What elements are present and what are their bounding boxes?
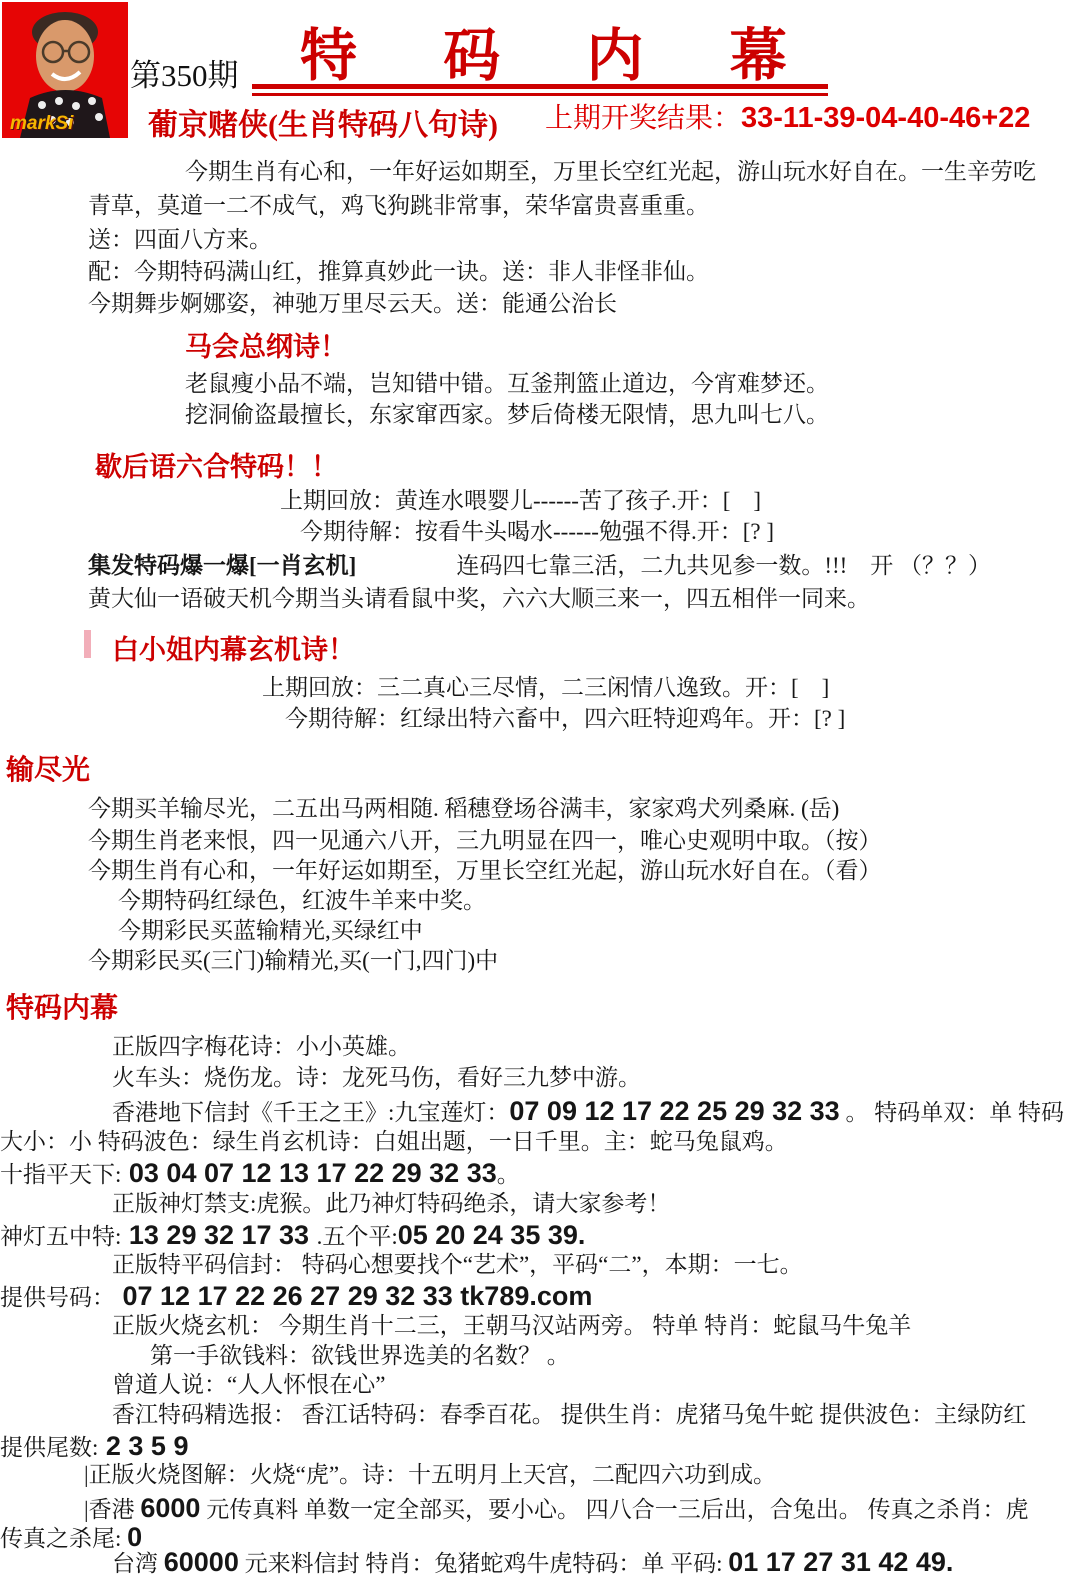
baixiaojie-last-line: 上期回放：三二真心三尽情，二三闲情八逸致。开：[ ]	[262, 674, 829, 703]
shujinguang-line-5: 今期彩民买蓝输精光,买绿红中	[118, 917, 423, 946]
shujinguang-line-1: 今期买羊输尽光，二五出马两相随. 稻穗登场谷满丰，家家鸡犬列桑麻. (岳)	[88, 795, 839, 824]
hongkong-fax-amount: 6000	[140, 1493, 200, 1523]
xiehouyu-current-line: 今期待解：按看牛头喝水------勉强不得.开：[? ]	[300, 518, 774, 547]
shendeng-wuzhongte-line: 神灯五中特: 13 29 32 17 33 .五个平:05 20 24 35 3…	[0, 1219, 585, 1253]
jifa-tema-label: 集发特码爆一爆[一肖玄机]	[88, 553, 356, 578]
shizhi-label: 十指平天下:	[0, 1162, 121, 1187]
shujinguang-line-4: 今期特码红绿色，红波牛羊来中奖。	[118, 887, 486, 916]
shendeng-jinzhi-line: 正版神灯禁支:虎猴。此乃神灯特码绝杀，请大家参考！	[112, 1190, 670, 1219]
tigong-haoma-label: 提供号码：	[0, 1285, 115, 1310]
meihua-poem-line: 正版四字梅花诗：小小英雄。	[112, 1033, 411, 1062]
taiwan-amount: 60000	[164, 1547, 239, 1575]
shujinguang-line-6: 今期彩民买(三门)输精光,买(一门,四门)中	[88, 947, 498, 976]
daxiao-bose-line: 大小：小 特码波色：绿生肖玄机诗：白姐出题，一日千里。主：蛇马兔鼠鸡。	[0, 1128, 788, 1157]
last-draw-result-value: 33-11-39-04-40-46+22	[741, 102, 1030, 134]
heading-mahui: 马会总纲诗！	[185, 325, 347, 364]
xiehouyu-last-line: 上期回放：黄连水喂婴儿------苦了孩子.开：[ ]	[280, 487, 761, 516]
tepingma-line: 正版特平码信封： 特码心想要找个“艺术”，平码“二”，本期：一七。	[112, 1251, 803, 1280]
mahui-line-1: 老鼠瘦小品不端，岂知错中错。互釜荆篮止道边，今宵难梦还。	[185, 370, 829, 399]
yuqian-line: 第一手欲钱料：欲钱世界选美的名数？ 。	[150, 1342, 570, 1371]
shendeng-mid: .五个平:	[317, 1224, 398, 1249]
huangdaxian-line: 黄大仙一语破天机今期当头请看鼠中奖，六六大顺三来一，四五相伴一同来。	[88, 585, 870, 614]
subtitle-pujing: 葡京赌侠(生肖特码八句诗)	[148, 100, 498, 144]
tigong-weishu-label: 提供尾数:	[0, 1435, 98, 1460]
shendeng-numbers: 13 29 32 17 33	[121, 1220, 316, 1250]
shendeng-ping-numbers: 05 20 24 35 39.	[398, 1220, 586, 1250]
shendeng-label: 神灯五中特:	[0, 1224, 121, 1249]
poem-line-4: 配：今期特码满山红，推算真妙此一诀。送：非人非怪非仙。	[88, 258, 709, 287]
title-underline-thick	[252, 84, 828, 89]
issue-number: 第350期	[130, 50, 239, 95]
poem-line-5: 今期舞步婀娜姿，神驰万里尽云天。送：能通公治长	[88, 290, 617, 319]
baixiaojie-current-line: 今期待解：红绿出特六畜中，四六旺特迎鸡年。开：[? ]	[285, 705, 845, 734]
shizhi-numbers: 03 04 07 12 13 17 22 29 32 33	[121, 1158, 496, 1188]
shujinguang-line-3: 今期生肖有心和，一年好运如期至，万里长空红光起，游山玩水好自在。（看）	[88, 857, 882, 886]
mahui-line-2: 挖洞偷盗最擅长，东家窜西家。梦后倚楼无限情，思九叫七八。	[185, 401, 829, 430]
tigong-haoma-line: 提供号码： 07 12 17 22 26 27 29 32 33 tk789.c…	[0, 1280, 592, 1314]
jifa-tema-text: 连码四七靠三活，二九共见参一数。!!! 开 （？？）	[456, 553, 991, 578]
zengdaoren-line: 曾道人说：“人人怀恨在心”	[112, 1371, 385, 1400]
heading-baixiaojie: 白小姐内幕玄机诗！	[112, 628, 355, 667]
huoshao-xuanji-line: 正版火烧玄机： 今期生肖十二三，王朝马汉站两旁。 特单 特肖：蛇鼠马牛兔羊	[112, 1312, 911, 1341]
taiwan-line: 台湾 60000 元来料信封 特肖：兔猪蛇鸡牛虎特码：单 平码: 01 17 2…	[112, 1546, 953, 1575]
pink-mark	[84, 630, 91, 658]
huochetou-line: 火车头：烧伤龙。诗：龙死马伤，看好三九梦中游。	[112, 1064, 641, 1093]
marksi-logo: markSi	[10, 113, 73, 135]
portrait-photo: markSi	[2, 2, 128, 138]
heading-shujinguang: 输尽光	[6, 748, 90, 788]
last-draw-result: 上期开奖结果：33-11-39-04-40-46+22	[545, 96, 1030, 136]
tigong-weishu-numbers: 2 3 5 9	[98, 1431, 188, 1461]
jifa-tema-line: 集发特码爆一爆[一肖玄机]连码四七靠三活，二九共见参一数。!!! 开 （？？）	[88, 552, 991, 581]
shizhi-line: 十指平天下: 03 04 07 12 13 17 22 29 32 33。	[0, 1157, 520, 1191]
shujinguang-line-2: 今期生肖老来恨，四一见通六八开，三九明显在四一，唯心史观明中取。（按）	[88, 827, 882, 856]
heading-tema-neimu: 特码内幕	[6, 986, 118, 1026]
tigong-haoma-numbers: 07 12 17 22 26 27 29 32 33 tk789.com	[115, 1281, 592, 1311]
poem-line-1: 今期生肖有心和，一年好运如期至，万里长空红光起，游山玩水好自在。一生辛劳吃	[185, 158, 1036, 187]
hongkong-fax-tail: 元传真料 单数一定全部买，要小心。 四八合一三后出，合兔出。 传真之杀肖：虎	[200, 1497, 1028, 1522]
hongkong-fax-line: |香港 6000 元传真料 单数一定全部买，要小心。 四八合一三后出，合兔出。 …	[84, 1492, 1028, 1526]
xiangjiang-line: 香江特码精选报： 香江话特码：春季百花。 提供生肖：虎猪马兔牛蛇 提供波色：主绿…	[112, 1401, 1026, 1430]
tigong-weishu-line: 提供尾数: 2 3 5 9	[0, 1430, 188, 1464]
taiwan-mid: 元来料信封 特肖：兔猪蛇鸡牛虎特码：单 平码:	[239, 1551, 728, 1575]
taiwan-pingma-numbers: 01 17 27 31 42 49.	[728, 1547, 953, 1575]
page-title: 特 码 内 幕	[300, 10, 787, 92]
huoshao-tujie-line: |正版火烧图解：火烧“虎”。诗：十五明月上天宫，二配四六功到成。	[84, 1461, 776, 1490]
xinfeng-label: 香港地下信封《千王之王》:九宝莲灯：	[112, 1100, 509, 1125]
xinfeng-numbers: 07 09 12 17 22 25 29 32 33	[509, 1096, 839, 1126]
heading-xiehouyu: 歇后语六合特码！！	[95, 445, 338, 484]
last-draw-result-label: 上期开奖结果：	[545, 103, 741, 134]
shizhi-tail: 。	[497, 1162, 520, 1187]
tema-neimu-page: markSi 第350期 特 码 内 幕 葡京赌侠(生肖特码八句诗) 上期开奖结…	[0, 0, 1068, 1575]
poem-line-2: 青草，莫道一二不成气，鸡飞狗跳非常事，荣华富贵喜重重。	[88, 192, 709, 221]
hongkong-fax-pre: |香港	[84, 1497, 140, 1522]
poem-line-3: 送：四面八方来。	[88, 226, 272, 255]
xinfeng-line: 香港地下信封《千王之王》:九宝莲灯：07 09 12 17 22 25 29 3…	[112, 1095, 1064, 1129]
fax-shawei-label: 传真之杀尾:	[0, 1526, 127, 1551]
taiwan-pre: 台湾	[112, 1551, 164, 1575]
xinfeng-tail: 。 特码单双：单 特码	[840, 1100, 1064, 1125]
